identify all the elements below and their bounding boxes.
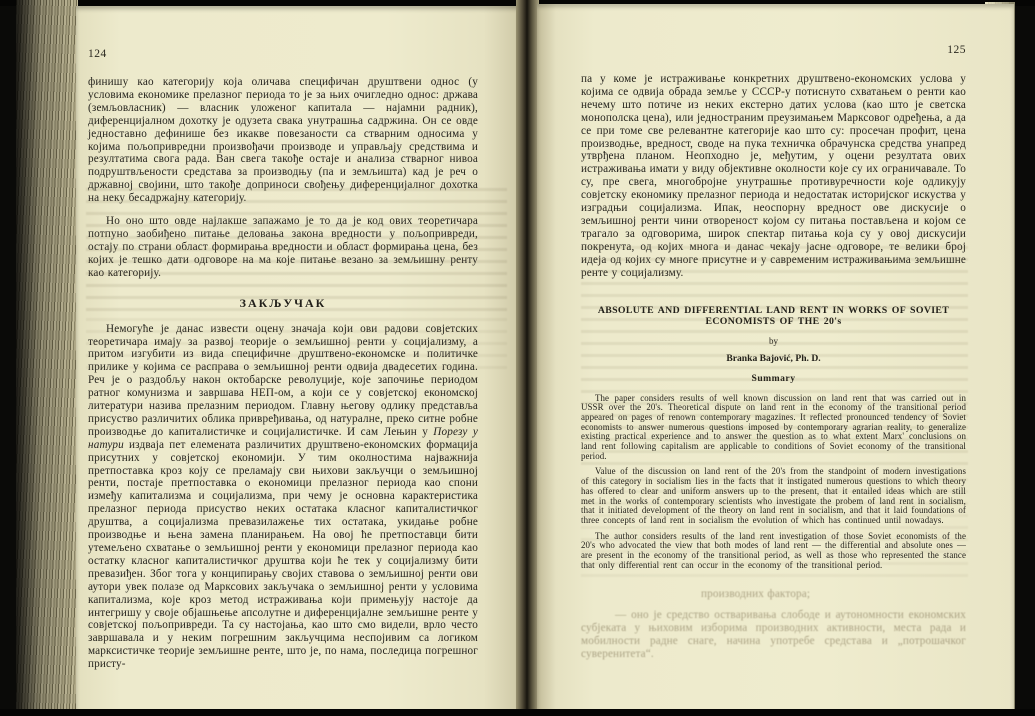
bleedthrough-line: производних фактора; [701, 588, 966, 601]
summary-paragraph-1: The paper considers results of well know… [581, 394, 966, 462]
conclusion-heading: ЗАКЉУЧАК [88, 296, 478, 311]
left-page: 124 финишу као категорију која оличава с… [76, 6, 519, 710]
conclusion-text-post: издваја пет елемената различитих друштве… [88, 439, 478, 670]
article-title: ABSOLUTE AND DIFFERENTIAL LAND RENT IN W… [583, 305, 965, 328]
page-edge-stack-left [16, 0, 78, 716]
byline-label: by [581, 336, 966, 346]
book-spread: 124 финишу као категорију која оличава с… [0, 0, 1035, 716]
author-name: Branka Bajović, Ph. D. [581, 353, 966, 364]
binding-gutter [516, 0, 539, 716]
right-page: 125 па у коме је истраживање конкретних … [537, 4, 1014, 710]
page-number: 125 [581, 44, 966, 56]
summary-paragraph-2: Value of the discussion on land rent of … [581, 467, 966, 525]
bleedthrough-text: производних фактора; — оно је средство о… [581, 588, 966, 661]
conclusion-paragraph: Немогуће је данас извести оцену значаја … [88, 323, 478, 671]
summary-heading: Summary [581, 373, 966, 384]
page-number: 124 [88, 48, 478, 60]
bleedthrough-paragraph: — оно је средство остваривања слободе и … [581, 609, 966, 661]
body-paragraph: па у коме је истраживање конкретних друш… [581, 73, 966, 280]
body-paragraph: Но оно што овде најлакше запажамо је то … [88, 215, 478, 280]
summary-paragraph-3: The author considers results of the land… [581, 532, 966, 571]
cover-edge-bottom [0, 709, 1035, 716]
conclusion-text-pre: Немогуће је данас извести оцену значаја … [88, 323, 478, 438]
body-paragraph: финишу као категорију која оличава специ… [88, 76, 478, 205]
